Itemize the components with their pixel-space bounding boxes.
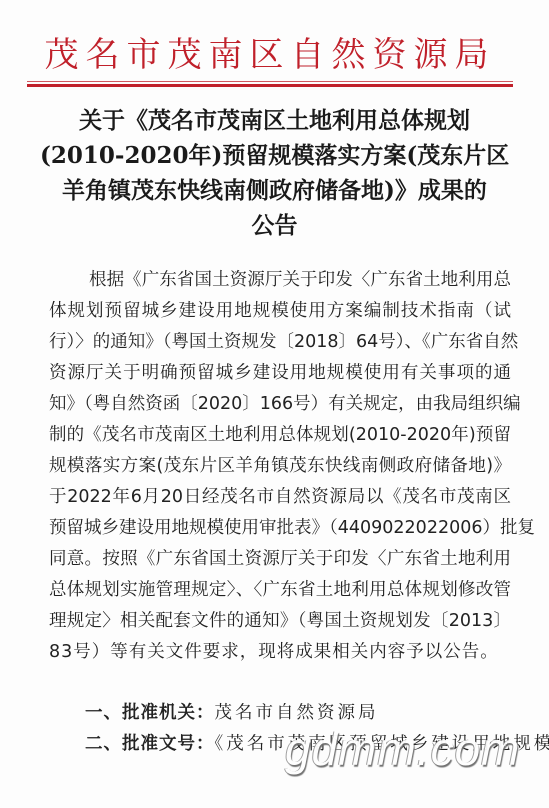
body-line: 知》（粤自然资函〔2020〕166号）有关规定，由我局组织编 xyxy=(49,389,511,420)
organization-header: 茂名市茂南区自然资源局 xyxy=(27,33,513,77)
title-line: 羊角镇茂东快线南侧政府储备地)》成果的 xyxy=(40,173,509,208)
body-line: 总体规划实施管理规定〉、〈广东省土地利用总体规划修改管 xyxy=(49,575,511,606)
title-line: 公告 xyxy=(40,208,509,243)
body-line: 体规划预留城乡建设用地规模使用方案编制技术指南（试 xyxy=(49,296,511,327)
site-watermark: gdmm.com xyxy=(285,722,520,776)
item-label: 二、批准文号： xyxy=(85,734,215,754)
body-line: 同意。按照《广东省国土资源厅关于印发〈广东省土地利用 xyxy=(49,544,511,575)
header-divider-thick xyxy=(27,84,513,87)
body-line: 理规定〉相关配套文件的通知》（粤国土资规划发〔2013〕 xyxy=(49,606,511,637)
body-line: 预留城乡建设用地规模使用审批表》（4409022022006）批复 xyxy=(49,513,511,544)
body-line: 制的《茂名市茂南区土地利用总体规划(2010-2020年)预留 xyxy=(49,420,511,451)
title-line: (2010-2020年)预留规模落实方案(茂东片区 xyxy=(40,138,509,173)
announcement-body: 根据《广东省国土资源厅关于印发〈广东省土地利用总 体规划预留城乡建设用地规模使用… xyxy=(49,265,511,668)
body-line: 行）〉的通知》（粤国土资规发〔2018〕64号）、《广东省自然 xyxy=(49,327,511,358)
title-line: 关于《茂名市茂南区土地利用总体规划 xyxy=(40,103,509,138)
body-line: 于2022年6月20日经茂名市自然资源局以《茂名市茂南区 xyxy=(49,482,511,513)
document-title: 关于《茂名市茂南区土地利用总体规划 (2010-2020年)预留规模落实方案(茂… xyxy=(40,103,509,243)
body-line: 83号）等有关文件要求，现将成果相关内容予以公告。 xyxy=(49,637,511,668)
item-label: 一、批准机关： xyxy=(85,703,215,723)
body-line: 资源厅关于明确预留城乡建设用地规模使用有关事项的通 xyxy=(49,358,511,389)
body-line: 规模落实方案(茂东片区羊角镇茂东快线南侧政府储备地)》 xyxy=(49,451,511,482)
body-line: 根据《广东省国土资源厅关于印发〈广东省土地利用总 xyxy=(49,265,511,296)
header-divider-thin xyxy=(27,81,513,82)
item-value: 茂名市自然资源局 xyxy=(215,703,379,723)
document-page: 茂名市茂南区自然资源局 关于《茂名市茂南区土地利用总体规划 (2010-2020… xyxy=(0,0,549,808)
